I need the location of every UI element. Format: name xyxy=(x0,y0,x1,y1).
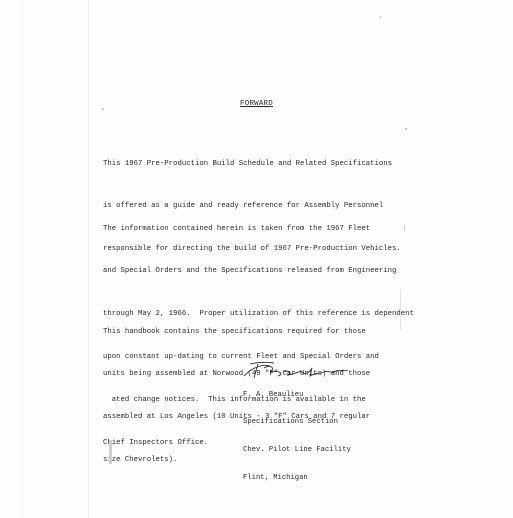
document-title: FORWARD xyxy=(0,100,513,108)
signer-location: Flint, Michigan xyxy=(243,474,351,483)
scan-artifact xyxy=(405,128,407,130)
signature-block: F. A. Beaulieu Specifications Section Ch… xyxy=(243,372,351,502)
scan-artifact xyxy=(102,108,104,110)
text-line: This 1967 Pre-Production Build Schedule … xyxy=(103,157,401,171)
scanned-document-page: FORWARD This 1967 Pre-Production Build S… xyxy=(0,0,513,518)
text-line: This handbook contains the specification… xyxy=(103,325,370,339)
scan-edge-line xyxy=(22,0,23,518)
scan-artifact xyxy=(380,16,381,18)
text-line: and Special Orders and the Specification… xyxy=(103,264,414,278)
signer-name: F. A. Beaulieu xyxy=(243,391,351,400)
signer-department: Specifications Section xyxy=(243,418,351,427)
scan-edge-line xyxy=(88,0,89,518)
text-line: The information contained herein is take… xyxy=(103,222,414,236)
signer-facility: Chev. Pilot Line Facility xyxy=(243,446,351,455)
scan-artifact xyxy=(400,290,401,330)
scan-artifact xyxy=(404,225,405,231)
margin-mark xyxy=(109,440,112,464)
